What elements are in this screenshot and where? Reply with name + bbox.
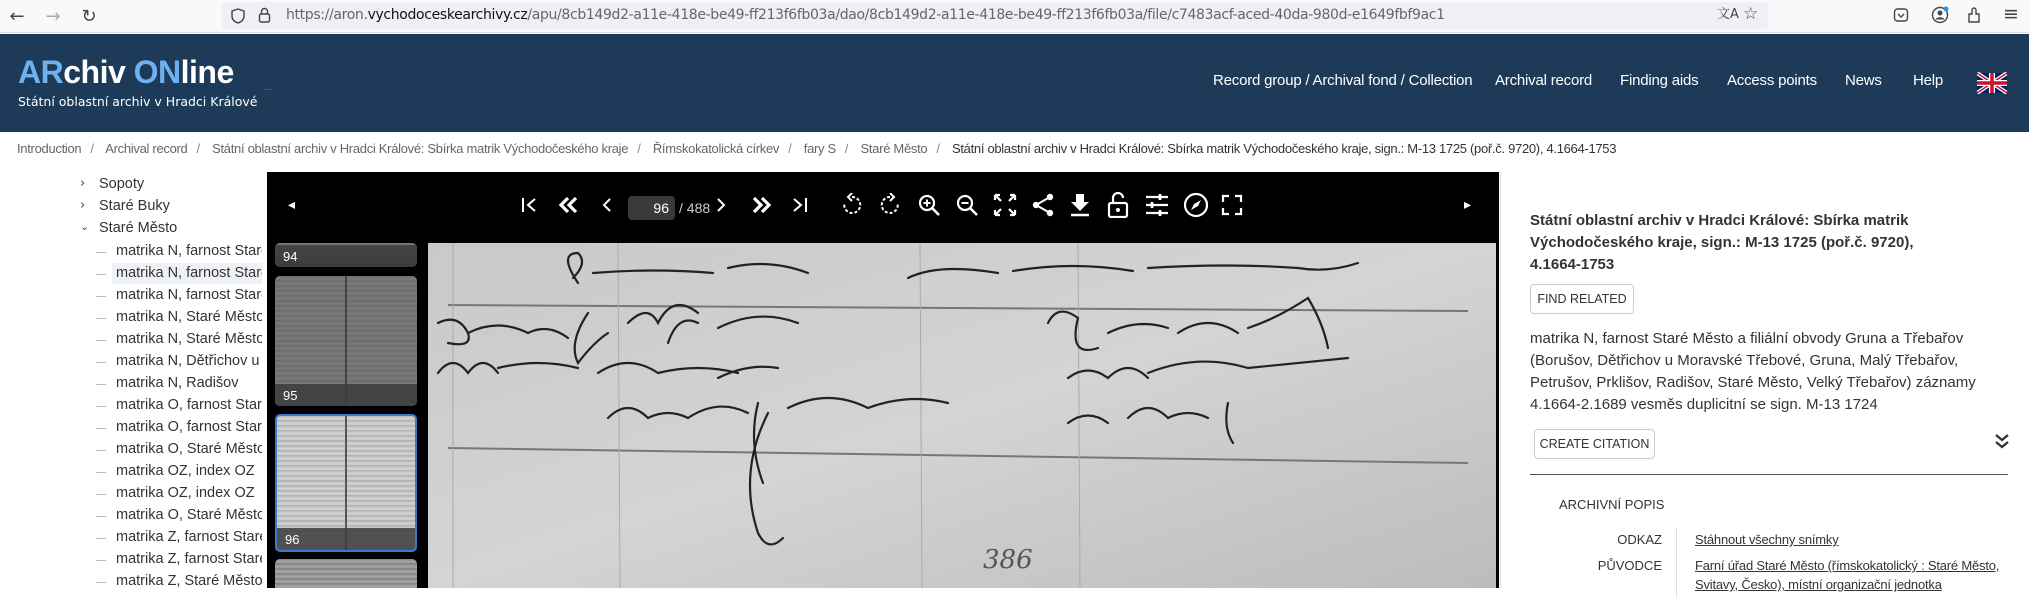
breadcrumb-church[interactable]: Římskokatolická církev [653,141,779,156]
collapse-right-icon[interactable]: ▸ [1464,191,1471,219]
scanned-register-page[interactable]: 386 [428,243,1496,588]
pocket-icon[interactable] [1893,7,1909,26]
tree-leaf[interactable]: matrika Z, farnost Staré Město [116,551,262,567]
breadcrumb-current: Státní oblastní archiv v Hradci Králové:… [952,141,1616,156]
field-divider [1676,527,1677,588]
handwritten-scan-image: 386 [428,243,1496,588]
nav-news[interactable]: News [1845,72,1882,89]
tree-leaf[interactable]: matrika N, Staré Město [116,331,262,347]
logo-decoration [263,89,273,90]
tree-leaf[interactable]: matrika N, Staré Město [116,309,262,325]
shield-icon[interactable] [231,8,245,27]
tree-leaf-selected[interactable]: matrika N, farnost Staré Město [116,265,262,281]
extensions-icon[interactable] [1967,6,1983,27]
svg-text:386: 386 [983,545,1033,575]
nav-finding-aids[interactable]: Finding aids [1620,72,1698,89]
forward-icon[interactable]: → [40,4,66,28]
tree-leaf[interactable]: matrika OZ, index OZ [116,485,262,501]
thumbnail-97[interactable] [275,559,417,588]
originator-link[interactable]: Farní úřad Staré Město (římskokatolický … [1695,558,1999,573]
chevron-right-icon[interactable]: › [80,198,85,213]
create-citation-button[interactable]: CREATE CITATION [1534,429,1655,459]
record-description: matrika N, farnost Staré Město a filiáln… [1530,328,2010,416]
expand-chevron-icon[interactable] [1994,432,2010,455]
zoom-in-icon[interactable] [917,191,941,219]
page-number-input[interactable]: 96 [628,196,675,220]
first-page-icon[interactable] [521,191,539,219]
lock-icon[interactable] [258,7,271,26]
section-title: ARCHIVNÍ POPIS [1559,497,1664,512]
nav-access-points[interactable]: Access points [1727,72,1817,89]
fit-screen-icon[interactable] [993,191,1017,219]
thumbnail-96-selected[interactable]: 96 [275,414,417,552]
tree-leaf[interactable]: matrika N, farnost Staré Město [116,287,262,303]
tree-leaf[interactable]: matrika N, farnost Staré Město [116,243,262,259]
compass-icon[interactable] [1183,191,1209,219]
share-icon[interactable] [1031,191,1055,219]
tree-leaf[interactable]: matrika N, Radišov [116,375,262,391]
unlock-icon[interactable] [1107,191,1129,219]
breadcrumb-fary-s[interactable]: fary S [804,141,836,156]
thumbnail-strip[interactable]: 94 95 96 [272,243,422,588]
nav-help[interactable]: Help [1913,72,1943,89]
tree-leaf[interactable]: matrika O, Staré Město [116,507,262,523]
chevron-down-icon[interactable]: ⌄ [80,220,89,233]
adjust-sliders-icon[interactable] [1145,191,1169,219]
thumbnail-94[interactable]: 94 [275,243,417,267]
account-icon[interactable] [1931,6,1949,27]
browser-toolbar: ← → ↻ https://aron.vychodoceskearchivy.c… [0,0,2029,33]
last-page-icon[interactable] [790,191,808,219]
site-subtitle: Státní oblastní archiv v Hradci Králové [18,94,257,109]
field-label-odkaz: ODKAZ [1559,532,1662,547]
tree-folder-stare-mesto[interactable]: Staré Město [99,220,177,236]
zoom-out-icon[interactable] [955,191,979,219]
tree-folder-stare-buky[interactable]: Staré Buky [99,198,170,214]
tree-leaf[interactable]: matrika N, Dětřichov u [116,353,262,369]
thumbnail-95[interactable]: 95 [275,276,417,406]
record-title: Státní oblastní archiv v Hradci Králové:… [1530,210,1950,276]
back-icon[interactable]: ← [4,4,30,28]
download-icon[interactable] [1069,191,1091,219]
site-header: ARchiv ONline Státní oblastní archiv v H… [0,34,2029,132]
nav-record-group[interactable]: Record group / Archival fond / Collectio… [1213,72,1472,89]
nav-archival-record[interactable]: Archival record [1495,72,1592,89]
previous-page-icon[interactable] [600,191,612,219]
chevron-right-icon[interactable]: › [80,176,85,191]
menu-icon[interactable]: ≡ [2003,5,2019,24]
originator-link-cont[interactable]: Svitavy, Česko), místní organizační jedn… [1695,577,1942,588]
record-tree: › Sopoty › Staré Buky ⌄ Staré Město matr… [0,172,262,588]
field-label-puvodce: PŮVODCE [1559,558,1662,573]
url-text[interactable]: https://aron.vychodoceskearchivy.cz/apu/… [286,7,1445,23]
find-related-button[interactable]: FIND RELATED [1530,284,1634,314]
tree-leaf[interactable]: matrika O, Staré Město [116,441,262,457]
bookmark-star-icon[interactable]: ☆ [1743,6,1758,23]
uk-flag-icon[interactable] [1977,72,2007,94]
tree-leaf[interactable]: matrika O, farnost Staré Město [116,397,262,413]
rotate-left-icon[interactable] [841,191,863,219]
breadcrumb-stare-mesto[interactable]: Staré Město [861,141,928,156]
next-page-icon[interactable] [716,191,728,219]
breadcrumb: Introduction/ Archival record/ Státní ob… [17,141,1616,156]
collapse-left-icon[interactable]: ◂ [288,191,295,219]
breadcrumb-introduction[interactable]: Introduction [17,141,81,156]
divider [1530,474,2008,475]
breadcrumb-archival-record[interactable]: Archival record [105,141,187,156]
breadcrumb-collection[interactable]: Státní oblastní archiv v Hradci Králové:… [212,141,628,156]
record-detail-panel: Státní oblastní archiv v Hradci Králové:… [1500,172,2029,588]
fast-back-icon[interactable] [557,191,579,219]
page-total: / 488 [679,200,710,216]
download-all-link[interactable]: Stáhnout všechny snímky [1695,532,1839,547]
site-logo[interactable]: ARchiv ONline [18,54,234,91]
fast-forward-icon[interactable] [751,191,773,219]
tree-leaf[interactable]: matrika Z, farnost Staré Město [116,529,262,545]
fullscreen-icon[interactable] [1221,191,1243,219]
rotate-right-icon[interactable] [879,191,901,219]
tree-leaf[interactable]: matrika OZ, index OZ [116,463,262,479]
translate-icon[interactable]: 文A [1717,8,1739,21]
tree-leaf[interactable]: matrika O, farnost Staré Město [116,419,262,435]
tree-folder-sopoty[interactable]: Sopoty [99,176,144,192]
reload-icon[interactable]: ↻ [76,4,102,28]
tree-leaf[interactable]: matrika Z, Staré Město [116,573,262,588]
